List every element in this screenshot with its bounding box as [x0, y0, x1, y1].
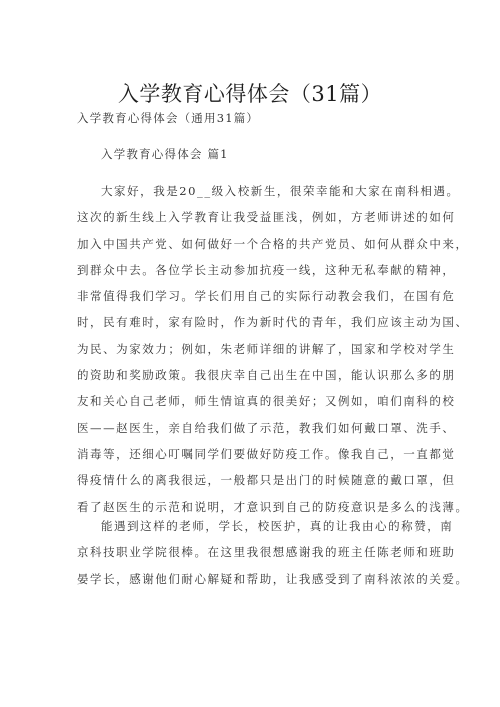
paragraph-line: 得疫情什么的离我很远，一般都只是出门的时候随意的戴口罩，但	[77, 467, 437, 493]
paragraph-line: 的资助和奖励政策。我很庆幸自己出生在中国，能认识那么多的朋	[77, 362, 437, 388]
paragraph-line: 大家好，我是20__级入校新生，很荣幸能和大家在南科相遇。	[77, 178, 437, 204]
paragraph-line: 消毒等，还细心叮嘱同学们要做好防疫工作。像我自己，一直都觉	[77, 441, 437, 467]
document-title: 入学教育心得体会（31篇）	[0, 80, 500, 108]
paragraph-line: 友和关心自己老师，师生情谊真的很美好；又例如，咱们南科的校	[77, 388, 437, 414]
paragraph-line: 晏学长，感谢他们耐心解疑和帮助，让我感受到了南科浓浓的关爱。	[77, 566, 437, 592]
paragraph-2: 能遇到这样的老师，学长，校医护，真的让我由心的称赞，南 京科技职业学院很棒。在这…	[77, 513, 437, 592]
paragraph-line: 能遇到这样的老师，学长，校医护，真的让我由心的称赞，南	[77, 513, 437, 539]
document-page: 入学教育心得体会（31篇） 入学教育心得体会（通用31篇） 入学教育心得体会 篇…	[0, 0, 500, 707]
paragraph-line: 这次的新生线上入学教育让我受益匪浅，例如，方老师讲述的如何	[77, 204, 437, 230]
paragraph-1: 大家好，我是20__级入校新生，很荣幸能和大家在南科相遇。 这次的新生线上入学教…	[77, 178, 437, 520]
paragraph-line: 到群众中去。各位学长主动参加抗疫一线，这种无私奉献的精神，	[77, 257, 437, 283]
paragraph-line: 非常值得我们学习。学长们用自己的实际行动教会我们，在国有危	[77, 283, 437, 309]
paragraph-line: 医——赵医生，亲自给我们做了示范，教我们如何戴口罩、洗手、	[77, 415, 437, 441]
paragraph-line: 时，民有难时，家有险时，作为新时代的青年，我们应该主动为国、	[77, 309, 437, 335]
paragraph-line: 为民、为家效力；例如，朱老师详细的讲解了，国家和学校对学生	[77, 336, 437, 362]
paragraph-line: 京科技职业学院很棒。在这里我很想感谢我的班主任陈老师和班助	[77, 539, 437, 565]
paragraph-line: 加入中国共产党、如何做好一个合格的共产党员、如何从群众中来，	[77, 231, 437, 257]
section-heading: 入学教育心得体会 篇1	[101, 145, 229, 163]
document-subtitle: 入学教育心得体会（通用31篇）	[77, 109, 259, 127]
